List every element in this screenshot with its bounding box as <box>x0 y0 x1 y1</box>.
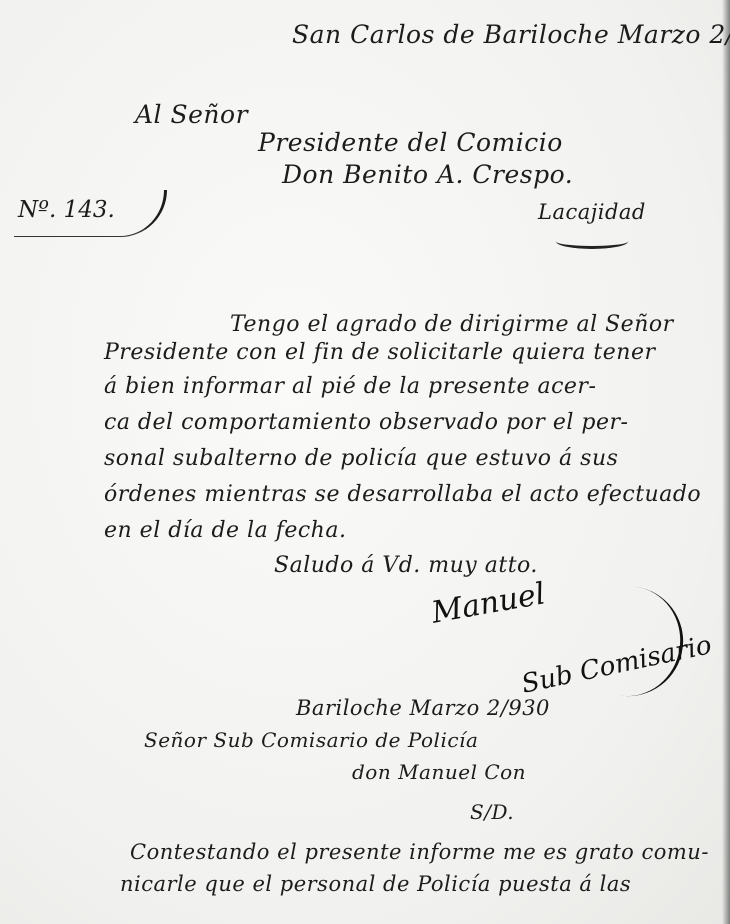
body-line: Tengo el agrado de dirigirme al Señor <box>230 312 674 337</box>
body-line: ca del comportamiento observado por el p… <box>104 410 628 435</box>
addressee-name: Don Benito A. Crespo. <box>282 160 573 189</box>
body-line: á bien informar al pié de la presente ac… <box>104 374 596 399</box>
reply-recipient: Señor Sub Comisario de Policía <box>144 728 478 752</box>
body-line: sonal subalterno de policía que estuvo á… <box>104 446 618 471</box>
addressee-location: Lacajidad <box>538 200 646 224</box>
reference-number: Nº. 143. <box>18 197 115 223</box>
place-date-heading: San Carlos de Bariloche Marzo 2/930 <box>292 20 730 49</box>
reply-date: Bariloche Marzo 2/930 <box>296 696 550 720</box>
addressee-title: Presidente del Comicio <box>258 128 563 157</box>
signature-flourish <box>593 583 691 703</box>
signature-name: Manuel <box>429 576 548 630</box>
body-line: órdenes mientras se desarrollaba el acto… <box>104 482 701 507</box>
reply-recipient-name: don Manuel Con <box>352 760 526 784</box>
reply-body-line: nicarle que el personal de Policía puest… <box>120 872 631 896</box>
manuscript-page: San Carlos de Bariloche Marzo 2/930 Al S… <box>0 0 730 924</box>
body-line: Presidente con el fin de solicitarle qui… <box>104 340 656 365</box>
reply-mark: S/D. <box>470 800 514 824</box>
addressee-salutation: Al Señor <box>135 100 248 129</box>
body-line: en el día de la fecha. <box>104 518 346 543</box>
underline-flourish <box>556 234 628 249</box>
reply-body-line: Contestando el presente informe me es gr… <box>130 840 709 864</box>
page-edge-shadow <box>722 0 730 924</box>
closing-salutation: Saludo á Vd. muy atto. <box>274 553 538 578</box>
